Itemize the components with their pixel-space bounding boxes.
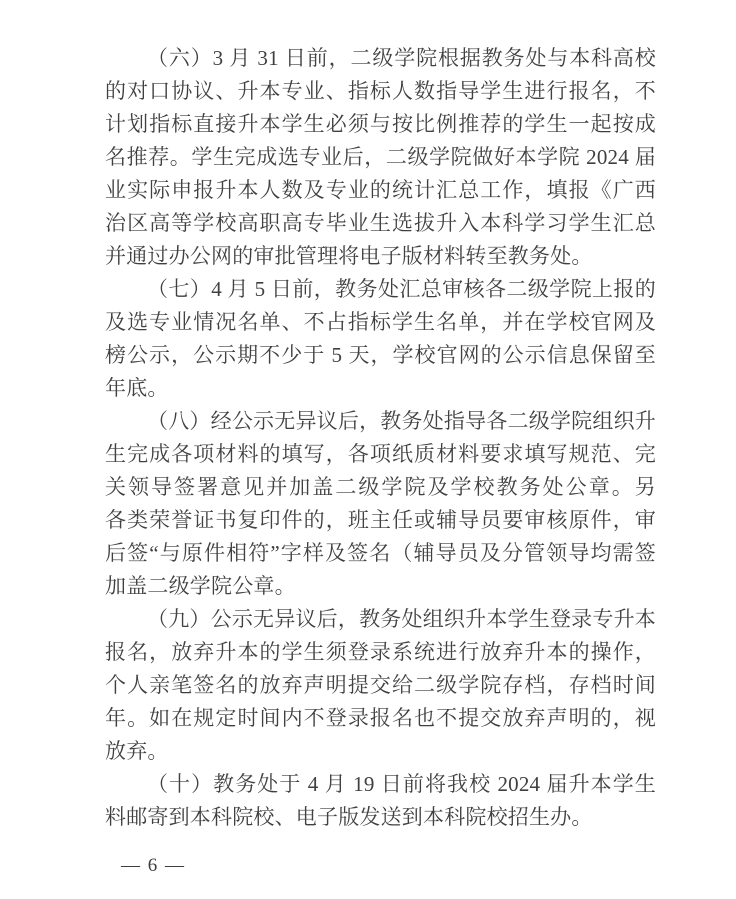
text-line: 榜公示，公示期不少于 5 天，学校官网的公示信息保留至 2024 [105,339,656,372]
text-line: 关领导签署意见并加盖二级学院及学校教务处公章。另外，附加 [105,471,656,504]
text-line: 个人亲笔签名的放弃声明提交给二级学院存档，存档时间至少一 [105,669,656,702]
text-line: （八）经公示无异议后，教务处指导各二级学院组织升本学 [105,405,656,438]
paragraph-item-8: （八）经公示无异议后，教务处指导各二级学院组织升本学 生完成各项材料的填写，各项… [105,405,656,603]
text-line: （九）公示无异议后，教务处组织升本学生登录专升本系统 [105,603,656,636]
text-line: 及选专业情况名单、不占指标学生名单，并在学校官网及校内张 [105,306,656,339]
document-page: （六）3 月 31 日前，二级学院根据教务处与本科高校签订 的对口协议、升本专业… [0,0,736,899]
paragraph-item-7: （七）4 月 5 日前，教务处汇总审核各二级学院上报的升本 及选专业情况名单、不… [105,273,656,405]
paragraph-item-10: （十）教务处于 4 月 19 日前将我校 2024 届升本学生相关材 料邮寄到本… [105,768,656,834]
text-line: 各类荣誉证书复印件的，班主任或辅导员要审核原件，审核无误 [105,504,656,537]
text-line: 生完成各项材料的填写，各项纸质材料要求填写规范、完整，相 [105,438,656,471]
paragraph-item-6: （六）3 月 31 日前，二级学院根据教务处与本科高校签订 的对口协议、升本专业… [105,42,656,273]
text-line: （十）教务处于 4 月 19 日前将我校 2024 届升本学生相关材 [105,768,656,801]
text-line: 业实际申报升本人数及专业的统计汇总工作，填报《广西壮族自 [105,174,656,207]
text-line: 名推荐。学生完成选专业后，二级学院做好本学院 2024 届各专 [105,141,656,174]
text-line: 的对口协议、升本专业、指标人数指导学生进行报名，不占下达 [105,75,656,108]
text-line: 并通过办公网的审批管理将电子版材料转至教务处。 [105,240,656,273]
text-line: （六）3 月 31 日前，二级学院根据教务处与本科高校签订 [105,42,656,75]
text-line: 放弃。 [105,735,656,768]
text-line: 后签“与原件相符”字样及签名（辅导员及分管领导均需签名）， [105,537,656,570]
text-line: 加盖二级学院公章。 [105,570,656,603]
text-line: 料邮寄到本科院校、电子版发送到本科院校招生办。 [105,801,656,834]
text-line: 治区高等学校高职高专毕业生选拔升入本科学习学生汇总表》， [105,207,656,240]
text-line: 计划指标直接升本学生必须与按比例推荐的学生一起按成绩排 [105,108,656,141]
text-line: （七）4 月 5 日前，教务处汇总审核各二级学院上报的升本 [105,273,656,306]
document-body: （六）3 月 31 日前，二级学院根据教务处与本科高校签订 的对口协议、升本专业… [105,42,656,834]
text-line: 年底。 [105,372,656,405]
text-line: 报名，放弃升本的学生须登录系统进行放弃升本的操作，并将有 [105,636,656,669]
text-line: 年。如在规定时间内不登录报名也不提交放弃声明的，视为自动 [105,702,656,735]
paragraph-item-9: （九）公示无异议后，教务处组织升本学生登录专升本系统 报名，放弃升本的学生须登录… [105,603,656,768]
page-number: — 6 — [121,852,186,880]
